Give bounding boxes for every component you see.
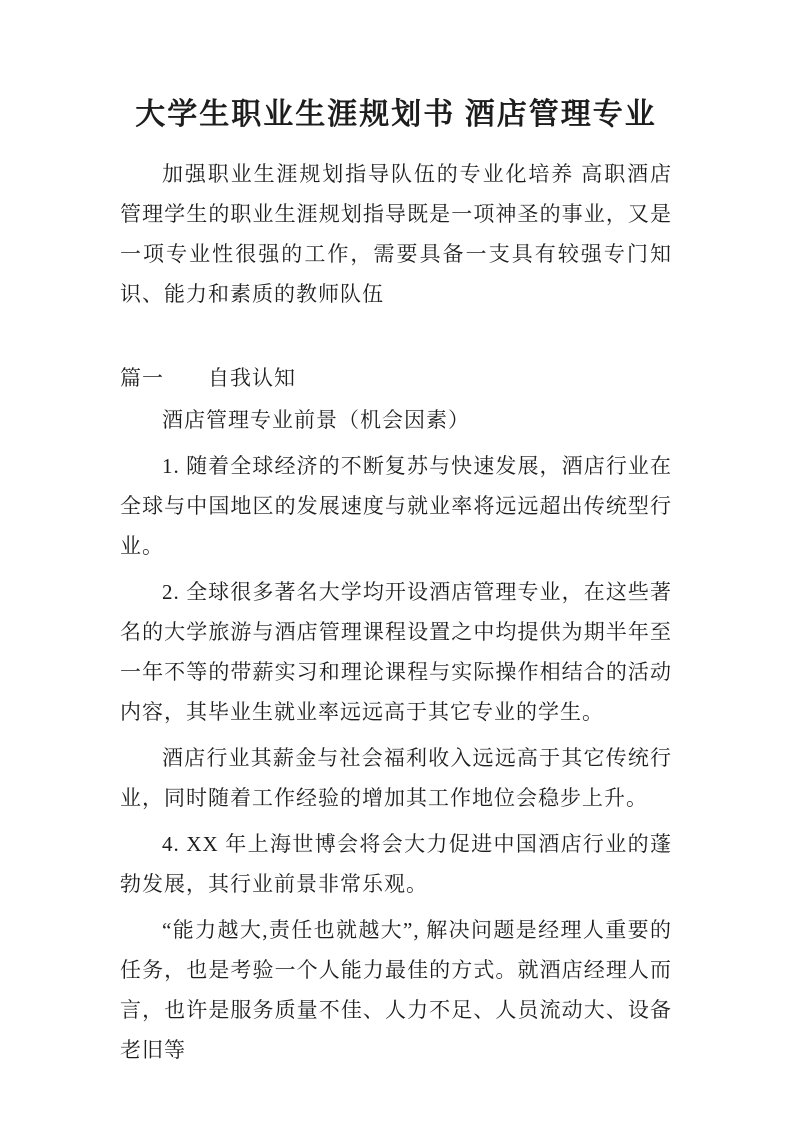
paragraph-5-body: 2. 全球很多著名大学均开设酒店管理专业，在这些著名的大学旅游与酒店管理课程设置… <box>120 572 672 732</box>
paragraph-1-intro: 加强职业生涯规划指导队伍的专业化培养 高职酒店管理学生的职业生涯规划指导既是一项… <box>120 154 672 314</box>
document-body: 加强职业生涯规划指导队伍的专业化培养 高职酒店管理学生的职业生涯规划指导既是一项… <box>120 154 672 1070</box>
paragraph-8-body: “能力越大,责任也就越大”, 解决问题是经理人重要的任务，也是考验一个人能力最佳… <box>120 910 672 1070</box>
paragraph-4-body: 1. 随着全球经济的不断复苏与快速发展，酒店行业在全球与中国地区的发展速度与就业… <box>120 446 672 566</box>
document-title: 大学生职业生涯规划书 酒店管理专业 <box>120 90 672 140</box>
paragraph-7-body: 4. XX 年上海世博会将会大力促进中国酒店行业的蓬勃发展，其行业前景非常乐观。 <box>120 824 672 904</box>
document-page: 大学生职业生涯规划书 酒店管理专业 加强职业生涯规划指导队伍的专业化培养 高职酒… <box>0 0 793 1122</box>
paragraph-2-section: 篇一 自我认知 <box>120 358 672 398</box>
paragraph-6-body: 酒店行业其薪金与社会福利收入远远高于其它传统行业，同时随着工作经验的增加其工作地… <box>120 738 672 818</box>
paragraph-3-sub: 酒店管理专业前景（机会因素） <box>120 400 672 440</box>
